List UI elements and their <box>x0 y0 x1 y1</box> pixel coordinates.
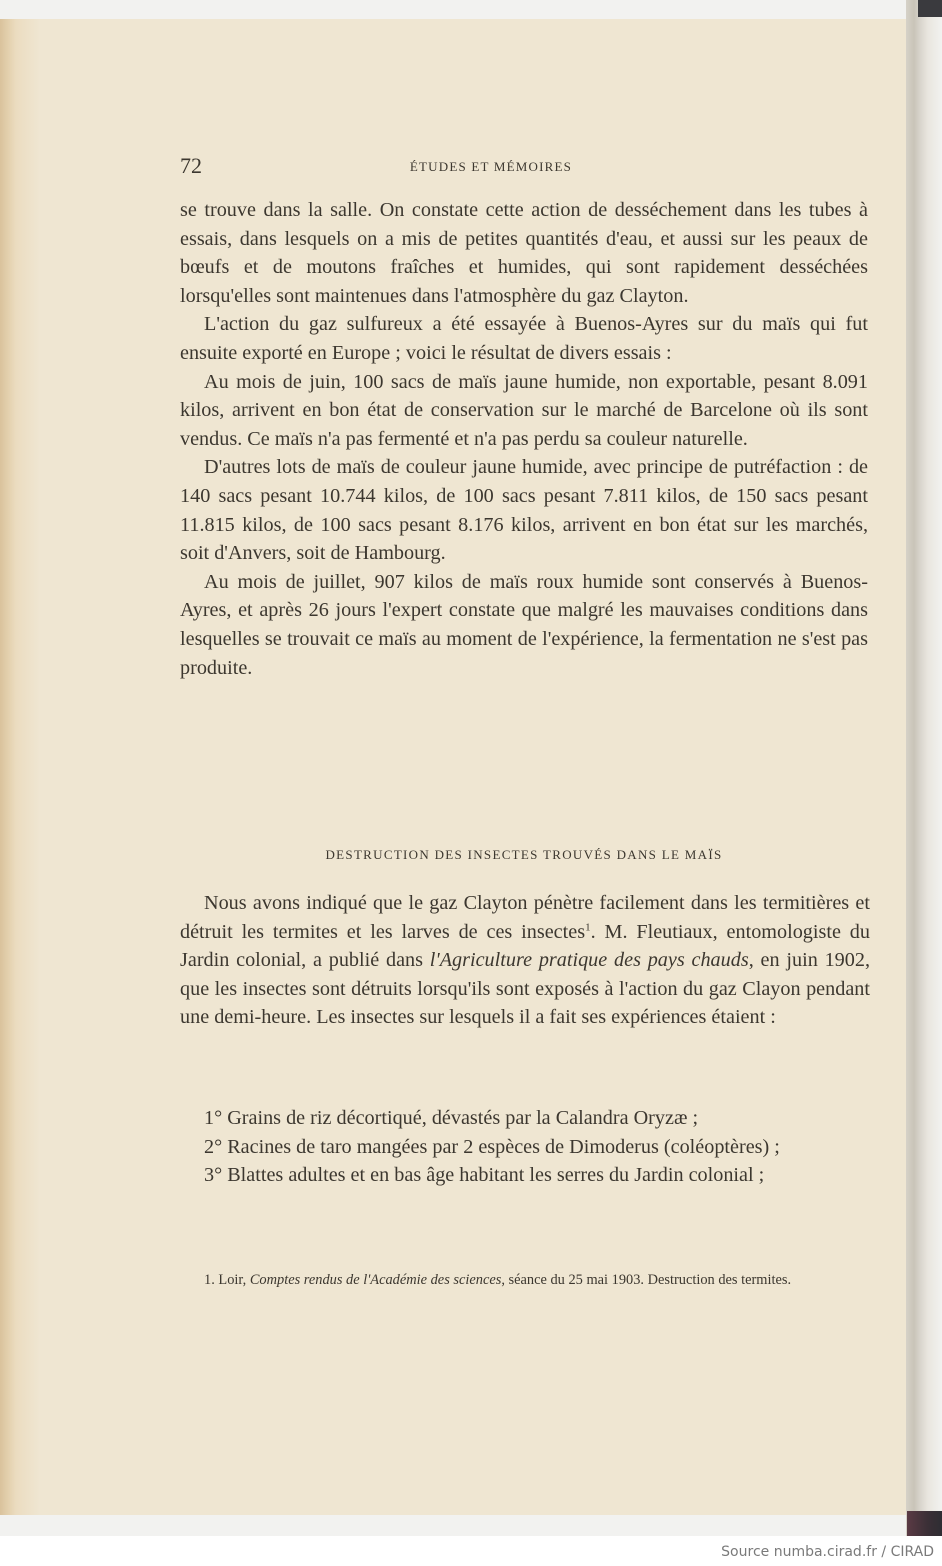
list-marker: 1° <box>204 1107 222 1129</box>
footnote-rest: , séance du 25 mai 1903. Destruction des… <box>501 1272 791 1288</box>
list-marker: 3° <box>204 1164 222 1186</box>
paragraph-1: se trouve dans la salle. On constate cet… <box>180 196 868 310</box>
list-item: 2° Racines de taro mangées par 2 espèces… <box>180 1133 870 1162</box>
footnote-author: Loir, <box>218 1272 246 1288</box>
insect-list: 1° Grains de riz décortiqué, dévastés pa… <box>180 1104 870 1190</box>
scan-corner-top <box>918 0 942 17</box>
source-caption: Source numba.cirad.fr / CIRAD <box>721 1543 934 1561</box>
footnote-number: 1. <box>204 1272 215 1288</box>
list-text: Racines de taro mangées par 2 espèces de… <box>227 1136 780 1158</box>
footnote-text: 1. Loir, Comptes rendus de l'Académie de… <box>180 1270 862 1290</box>
section-heading: DESTRUCTION DES INSECTES TROUVÉS DANS LE… <box>180 846 868 864</box>
scan-corner-bottom <box>907 1511 942 1536</box>
list-item: 3° Blattes adultes et en bas âge habitan… <box>180 1161 870 1190</box>
footnote: 1. Loir, Comptes rendus de l'Académie de… <box>180 1270 862 1290</box>
paragraph-4: D'autres lots de maïs de couleur jaune h… <box>180 453 868 567</box>
paragraph-2: L'action du gaz sulfureux a été essayée … <box>180 310 868 367</box>
section-intro-paragraph: Nous avons indiqué que le gaz Clayton pé… <box>180 889 870 1032</box>
list-text: Grains de riz décortiqué, dévastés par l… <box>227 1107 698 1129</box>
page-binding-edge <box>906 0 942 1536</box>
running-head: 72 ÉTUDES ET MÉMOIRES <box>180 154 868 178</box>
list-marker: 2° <box>204 1136 222 1158</box>
list-item: 1° Grains de riz décortiqué, dévastés pa… <box>180 1104 870 1133</box>
paragraph-3: Au mois de juin, 100 sacs de maïs jaune … <box>180 368 868 454</box>
paragraph-5: Au mois de juillet, 907 kilos de maïs ro… <box>180 568 868 682</box>
list-text: Blattes adultes et en bas âge habitant l… <box>227 1164 764 1186</box>
section-intro: Nous avons indiqué que le gaz Clayton pé… <box>180 889 870 1032</box>
footnote-title: Comptes rendus de l'Académie des science… <box>250 1272 502 1288</box>
running-head-title: ÉTUDES ET MÉMOIRES <box>180 159 802 175</box>
publication-title: l'Agriculture pratique des pays chauds <box>430 949 749 971</box>
body-text: se trouve dans la salle. On constate cet… <box>180 196 868 682</box>
